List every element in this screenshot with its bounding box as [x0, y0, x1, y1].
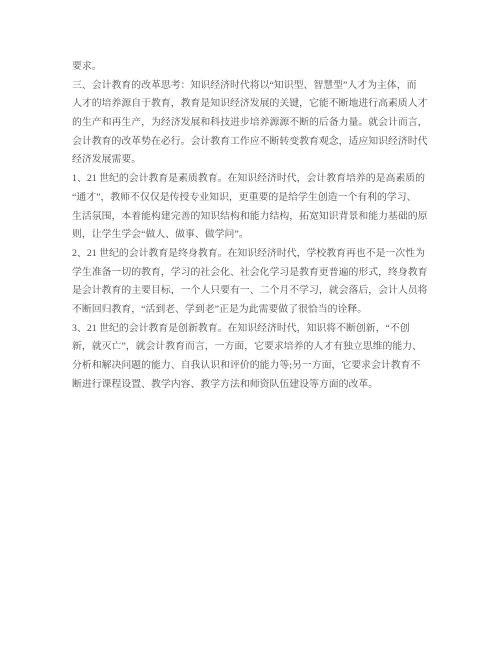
text-line: 会计教育的改革势在必行。会计教育工作应不断转变教育观念，适应知识经济时代: [72, 133, 432, 152]
text-line: 人才的培养源自于教育，教育是知识经济发展的关键，它能不断地进行高素质人才: [72, 95, 432, 114]
text-line: 3、21 世纪的会计教育是创新教育。在知识经济时代，知识将不断创新，“不创: [72, 320, 432, 339]
paragraph-continuation: 要求。: [72, 58, 432, 77]
text-line: 分析和解决问题的能力、自我认识和评价的能力等;另一方面，它要求会计教育不: [72, 357, 432, 376]
text-line: 2、21 世纪的会计教育是终身教育。在知识经济时代，学校教育再也不是一次性为: [72, 245, 432, 264]
text-line: 经济发展需要。: [72, 151, 432, 170]
page-background: { "page": { "background_color": "#ffffff…: [0, 0, 500, 647]
text-line: 1、21 世纪的会计教育是素质教育。在知识经济时代，会计教育培养的是高素质的: [72, 170, 432, 189]
text-line: 要求。: [72, 58, 432, 77]
text-line: 则，让学生学会“做人、做事、做学问”。: [72, 226, 432, 245]
text-line: 的生产和再生产，为经济发展和科技进步培养源源不断的后备力量。就会计而言，: [72, 114, 432, 133]
paragraph-point-2: 2、21 世纪的会计教育是终身教育。在知识经济时代，学校教育再也不是一次性为学生…: [72, 245, 432, 320]
text-line: 学生准备一切的教育，学习的社会化、社会化学习是教育更普遍的形式，终身教育: [72, 264, 432, 283]
text-line: “通才”，教师不仅仅是传授专业知识，更重要的是给学生创造一个有利的学习、: [72, 189, 432, 208]
paragraph-point-1: 1、21 世纪的会计教育是素质教育。在知识经济时代，会计教育培养的是高素质的“通…: [72, 170, 432, 245]
paragraph-point-3: 3、21 世纪的会计教育是创新教育。在知识经济时代，知识将不断创新，“不创新，就…: [72, 320, 432, 395]
text-line: 断进行课程设置、教学内容、教学方法和师资队伍建设等方面的改革。: [72, 376, 432, 395]
paragraph-section-three: 三、会计教育的改革思考：知识经济时代将以“知识型、智慧型”人才为主体，而人才的培…: [72, 77, 432, 170]
text-line: 新，就灭亡”，就会计教育而言，一方面，它要求培养的人才有独立思维的能力、: [72, 338, 432, 357]
document-page: 要求。三、会计教育的改革思考：知识经济时代将以“知识型、智慧型”人才为主体，而人…: [0, 0, 500, 647]
text-line: 三、会计教育的改革思考：知识经济时代将以“知识型、智慧型”人才为主体，而: [72, 77, 432, 96]
text-line: 是会计教育的主要目标，一个人只要有一、二个月不学习，就会落后，会计人员将: [72, 282, 432, 301]
document-body: 要求。三、会计教育的改革思考：知识经济时代将以“知识型、智慧型”人才为主体，而人…: [72, 58, 432, 394]
text-line: 不断回归教育，“活到老、学到老”正是为此需要做了很恰当的诠释。: [72, 301, 432, 320]
text-line: 生活氛围，本着能构建完善的知识结构和能力结构，拓宽知识背景和能力基础的原: [72, 208, 432, 227]
